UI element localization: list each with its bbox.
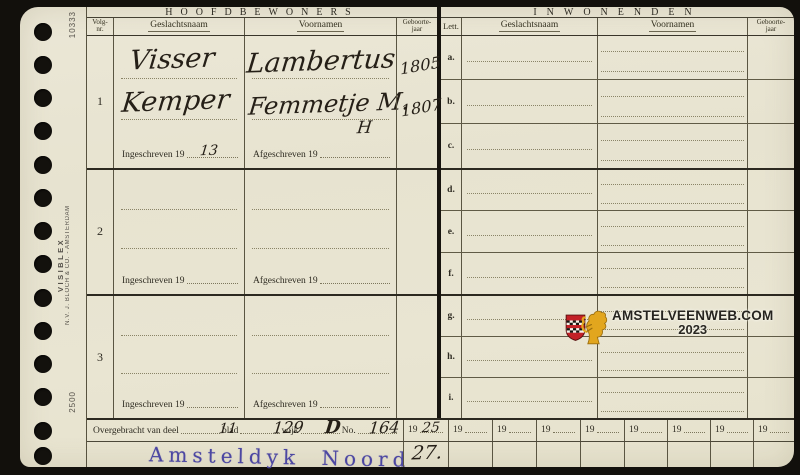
geslachtsnaam-cell xyxy=(461,211,597,252)
inwonende-row-a: a. xyxy=(441,36,794,79)
year-cell-6: 19 xyxy=(624,420,667,441)
punch-hole xyxy=(34,156,52,174)
geslachtsnaam-cell xyxy=(461,253,597,294)
bottom-cell-9 xyxy=(753,442,794,467)
entry-geboortejaar-2: 1807 xyxy=(400,95,442,121)
geboortejaar-cell xyxy=(747,253,794,294)
punch-hole xyxy=(34,23,52,41)
ingeschreven-value: 13 xyxy=(199,142,219,159)
geslachtsnaam-cell xyxy=(461,124,597,167)
print-run-number: 2500 xyxy=(68,391,77,413)
overgebracht-cell: Overgebracht van deel 11 blad 129 wijk D… xyxy=(87,420,403,441)
punch-hole xyxy=(34,422,52,440)
voornamen-cell xyxy=(597,296,747,336)
geboortejaar-cell xyxy=(747,170,794,211)
geslachtsnaam-cell xyxy=(461,36,597,79)
geboortejaar-cell xyxy=(396,296,437,418)
address-stamp: Amsteldyk Noord xyxy=(149,442,411,471)
voornamen-cell: Afgeschreven 19 xyxy=(244,170,396,295)
entry-voornamen-1: Lambertus xyxy=(245,43,397,79)
stamp-row: Amsteldyk Noord 27. xyxy=(87,441,794,467)
geslachtsnaam-cell xyxy=(461,378,597,418)
col-volgnr: Volg-nr. xyxy=(87,18,113,35)
inwonende-row-i: i. xyxy=(441,377,794,418)
punch-hole xyxy=(34,89,52,107)
col-voornamen: Voornamen xyxy=(597,18,747,35)
geslachtsnaam-cell xyxy=(461,337,597,377)
lett: c. xyxy=(441,124,461,167)
ingeschreven: Ingeschreven 19 13 xyxy=(122,150,240,160)
hoofdbewoner-row-3: 3 Ingeschreven 19 Afgeschreven 19 xyxy=(87,294,437,418)
year-value-1: 25 xyxy=(421,420,441,437)
lett: g. xyxy=(441,296,461,336)
bottom-cell-8 xyxy=(710,442,753,467)
geboortejaar-cell xyxy=(747,337,794,377)
voornamen-cell xyxy=(597,80,747,123)
col-geboortejaar: Geboorte-jaar xyxy=(747,18,794,35)
inwonenden-header: Lett. Geslachtsnaam Voornamen Geboorte-j… xyxy=(441,18,794,36)
entry-geslachtsnaam-2: Kemper xyxy=(120,84,231,119)
bottom-cell-2 xyxy=(448,442,492,467)
voornamen-cell xyxy=(597,170,747,211)
volgnr: 2 xyxy=(87,170,113,295)
bottom-cell-6 xyxy=(624,442,667,467)
card-main: HOOFDBEWONERS Volg-nr. Geslachtsnaam Voo… xyxy=(87,7,794,467)
lett: f. xyxy=(441,253,461,294)
geboortejaar-cell xyxy=(747,378,794,418)
geboortejaar-cell xyxy=(747,124,794,167)
lett: h. xyxy=(441,337,461,377)
deel-value: 11 xyxy=(218,421,238,438)
entry-voornamen-2: Femmetje M. xyxy=(247,87,411,121)
geslachtsnaam-cell: Ingeschreven 19 xyxy=(113,296,244,418)
col-geslachtsnaam: Geslachtsnaam xyxy=(113,18,244,35)
bottom-value-1: 27. xyxy=(411,441,444,464)
lett: e. xyxy=(441,211,461,252)
voornamen-cell xyxy=(597,378,747,418)
inwonende-row-c: c. xyxy=(441,123,794,167)
geboortejaar-cell xyxy=(747,296,794,336)
geboortejaar-cell xyxy=(747,211,794,252)
punch-hole xyxy=(34,122,52,140)
col-voornamen: Voornamen xyxy=(244,18,396,35)
volgnr: 3 xyxy=(87,296,113,418)
punch-hole xyxy=(34,322,52,340)
geslachtsnaam-cell xyxy=(461,80,597,123)
entry-geboortejaar-1: 1805 xyxy=(399,53,441,79)
inwonende-row-f: f. xyxy=(441,252,794,294)
col-geboortejaar: Geboorte-jaar xyxy=(396,18,437,35)
voornamen-cell xyxy=(597,124,747,167)
stamp-area: Amsteldyk Noord xyxy=(87,442,403,467)
year-cell-2: 19 xyxy=(448,420,492,441)
lett: a. xyxy=(441,36,461,79)
photo-background: 10333 VISIBLEX N.V. J. BLOCH & CO. - AMS… xyxy=(0,0,800,475)
lett: i. xyxy=(441,378,461,418)
year-cell-8: 19 xyxy=(710,420,753,441)
punch-margin: 10333 VISIBLEX N.V. J. BLOCH & CO. - AMS… xyxy=(20,7,87,467)
voornamen-cell xyxy=(597,337,747,377)
year-cell-7: 19 xyxy=(667,420,710,441)
year-cell-3: 19 xyxy=(492,420,536,441)
form-number: 10333 xyxy=(68,11,77,38)
col-geslachtsnaam: Geslachtsnaam xyxy=(461,18,597,35)
bottom-cell-5 xyxy=(580,442,624,467)
year-cell-4: 19 xyxy=(536,420,580,441)
voornamen-cell: Lambertus Femmetje M. H Afgeschreven 19 xyxy=(244,36,396,168)
lett: d. xyxy=(441,170,461,211)
inwonende-row-g: g. xyxy=(441,296,794,336)
overgebracht-row: Overgebracht van deel 11 blad 129 wijk D… xyxy=(87,418,794,441)
voornamen-cell xyxy=(597,211,747,252)
punch-hole xyxy=(34,56,52,74)
hoofdbewoner-row-2: 2 Ingeschreven 19 Afgeschreven 19 xyxy=(87,168,437,295)
inwonenden-table: INWONENDEN Lett. Geslachtsnaam Voornamen… xyxy=(441,7,794,418)
voornamen-cell xyxy=(597,253,747,294)
inwonenden-group-1: a. b. c. xyxy=(441,36,794,168)
year-cell-1: 19 25 xyxy=(403,420,448,441)
punch-hole xyxy=(34,255,52,273)
entry-voornamen-2-correction: H xyxy=(356,118,373,139)
volgnr: 1 xyxy=(87,36,113,168)
punch-hole xyxy=(34,447,52,465)
printer-brand: VISIBLEX N.V. J. BLOCH & CO. - AMSTERDAM xyxy=(56,185,71,345)
afgeschreven: Afgeschreven 19 xyxy=(253,150,392,160)
geslachtsnaam-cell xyxy=(461,296,597,336)
hoofdbewoners-title: HOOFDBEWONERS xyxy=(87,7,437,18)
voornamen-cell: Afgeschreven 19 xyxy=(244,296,396,418)
col-lett: Lett. xyxy=(441,18,461,35)
hoofdbewoners-table: HOOFDBEWONERS Volg-nr. Geslachtsnaam Voo… xyxy=(87,7,437,418)
geslachtsnaam-cell xyxy=(461,170,597,211)
bottom-cell-1: 27. xyxy=(403,442,448,467)
entry-geslachtsnaam-1: Visser xyxy=(128,42,216,76)
year-cell-9: 19 xyxy=(753,420,794,441)
geslachtsnaam-cell: Ingeschreven 19 xyxy=(113,170,244,295)
geboortejaar-cell xyxy=(747,80,794,123)
inwonende-row-h: h. xyxy=(441,336,794,377)
geboortejaar-cell xyxy=(747,36,794,79)
punch-hole xyxy=(34,388,52,406)
register-card: 10333 VISIBLEX N.V. J. BLOCH & CO. - AMS… xyxy=(20,7,794,467)
bottom-cell-7 xyxy=(667,442,710,467)
inwonende-row-d: d. xyxy=(441,170,794,211)
bottom-cell-3 xyxy=(492,442,536,467)
no-value: 164 xyxy=(368,417,401,437)
printer-brand-name: VISIBLEX xyxy=(56,185,65,345)
printer-brand-address: N.V. J. BLOCH & CO. - AMSTERDAM xyxy=(65,185,71,345)
hoofdbewoners-header: Volg-nr. Geslachtsnaam Voornamen Geboort… xyxy=(87,18,437,36)
geslachtsnaam-cell: Visser Kemper Ingeschreven 19 13 xyxy=(113,36,244,168)
hoofdbewoner-row-1: 1 Visser Kemper Ingeschreven 19 13 xyxy=(87,36,437,168)
punch-hole xyxy=(34,355,52,373)
punch-hole xyxy=(34,222,52,240)
punch-hole xyxy=(34,189,52,207)
tables-section: HOOFDBEWONERS Volg-nr. Geslachtsnaam Voo… xyxy=(87,7,794,418)
inwonenden-title: INWONENDEN xyxy=(441,7,794,18)
voornamen-cell xyxy=(597,36,747,79)
inwonenden-group-2: d. e. f. xyxy=(441,168,794,295)
year-cell-5: 19 xyxy=(580,420,624,441)
wijk-value: D xyxy=(324,417,342,439)
punch-hole xyxy=(34,289,52,307)
lett: b. xyxy=(441,80,461,123)
geboortejaar-cell: 1805 1807 xyxy=(396,36,437,168)
bottom-cell-4 xyxy=(536,442,580,467)
geboortejaar-cell xyxy=(396,170,437,295)
inwonende-row-b: b. xyxy=(441,79,794,123)
inwonenden-group-3: g. h. i. xyxy=(441,294,794,418)
inwonende-row-e: e. xyxy=(441,210,794,252)
